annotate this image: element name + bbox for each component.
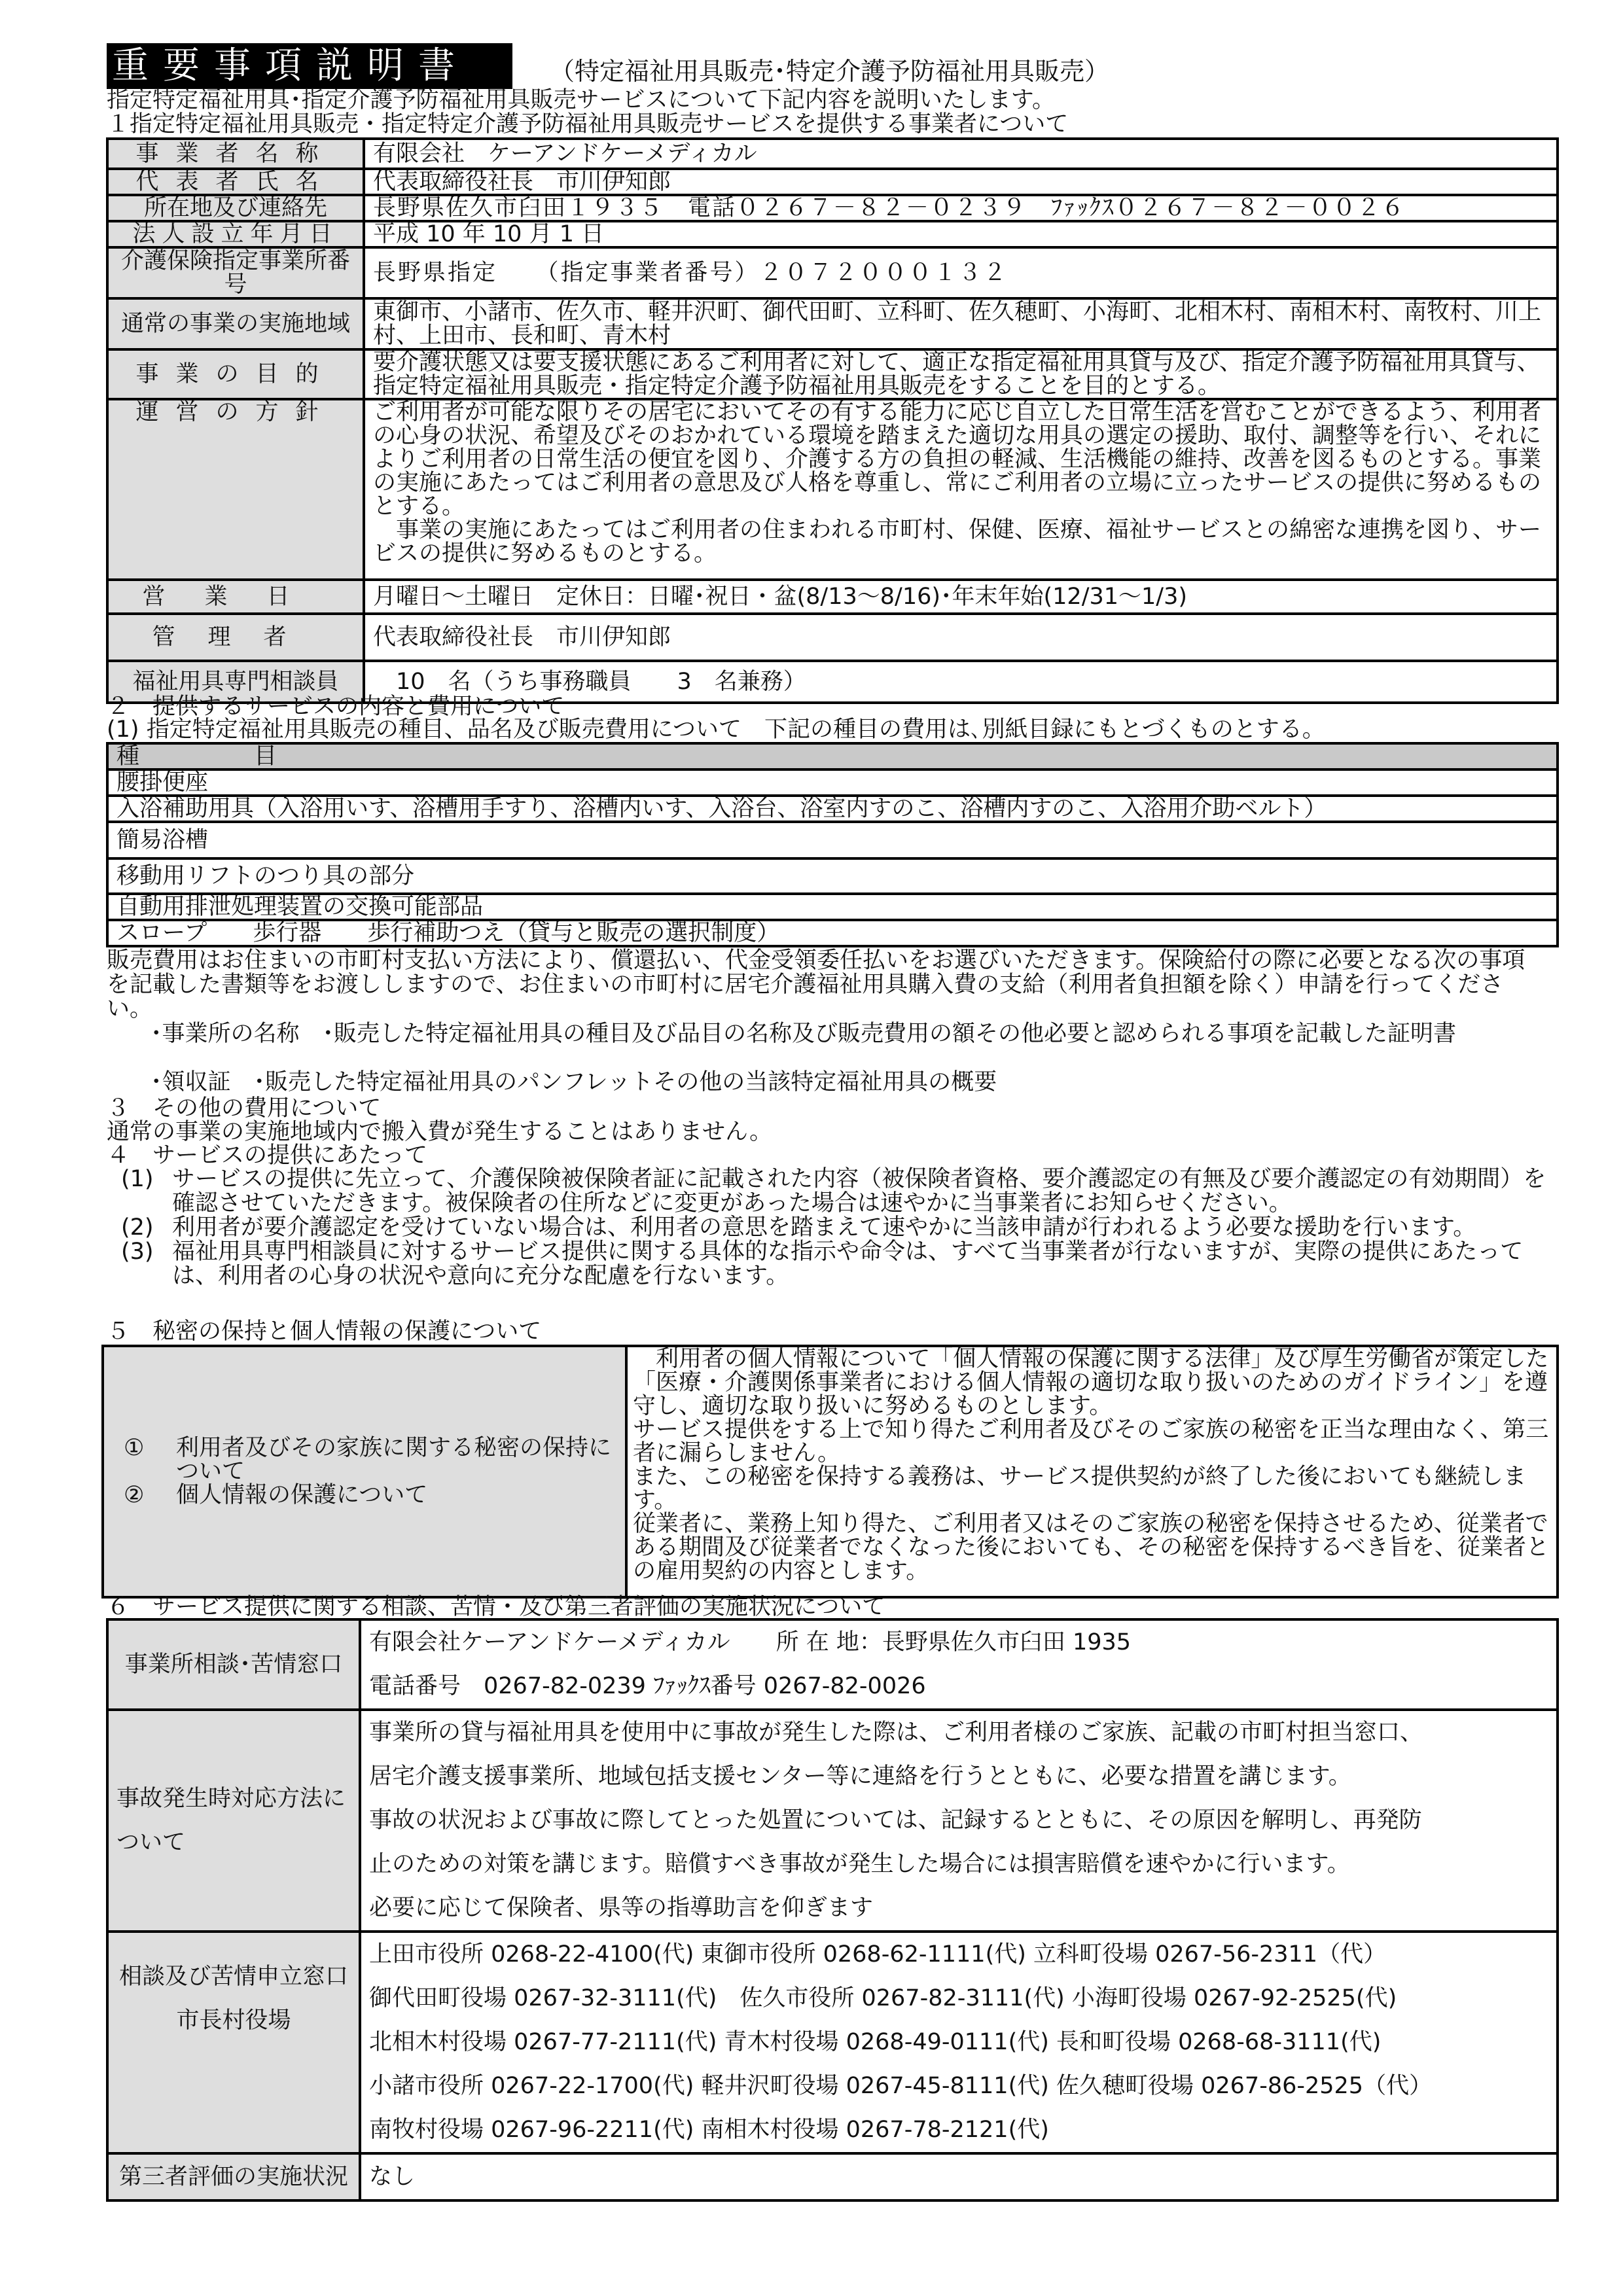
table-row: 所在地及び連絡先 長野県佐久市臼田１９３５ 電話０２６７－８２－０２３９ ﾌｧｯ… xyxy=(107,195,1558,221)
status-text: なし xyxy=(369,2155,1548,2199)
table-row: 介護保険指定事業所番号 長野県指定 （指定事業者番号）２０７２０００１３２ xyxy=(107,247,1558,298)
accident-label: 事故発生時対応方法について xyxy=(116,1786,346,1856)
operating-policy-para1: ご利用者が可能な限りその居宅においてその有する能力に応じ自立した日常生活を営むこ… xyxy=(373,400,1548,518)
row-label: 事業の目的 xyxy=(107,349,364,399)
table-row: 事故発生時対応方法について 事業所の貸与福祉用具を使用中に事故が発生した際は、ご… xyxy=(107,1710,1558,1932)
table-row: 事業の目的 要介護状態又は要支援状態にあるご利用者に対して、適正な指定福祉用具貸… xyxy=(107,349,1558,399)
operating-policy-para2: 事業の実施にあたってはご利用者の住まわれる市町村、保健、医療、福祉サービスとの綿… xyxy=(373,518,1548,565)
list-item: ② 個人情報の保護について xyxy=(124,1483,617,1507)
row-label: 事故発生時対応方法について xyxy=(107,1710,360,1932)
section4-heading: ４ サービスの提供にあたって xyxy=(107,1144,427,1168)
row-label: 管理者 xyxy=(107,614,364,661)
list-item: (3) 福祉用具専門相談員に対するサービス提供に関する具体的な指示や命令は、すべ… xyxy=(107,1240,1546,1288)
table-row: 相談及び苦情申立窓口 市長村役場 上田市役所 0268-22-4100(代) 東… xyxy=(107,1932,1558,2153)
phone-line: 南牧村役場 0267-96-2211(代) 南相木村役場 0267-78-212… xyxy=(369,2108,1548,2152)
product-category-table: 種 目 腰掛便座 入浴補助用具（入浴用いす、浴槽用手すり、浴槽内いす、入浴台、浴… xyxy=(106,742,1559,947)
address-contact: 長野県佐久市臼田１９３５ 電話０２６７－８２－０２３９ ﾌｧｯｸｽ０２６７－８２… xyxy=(364,195,1558,221)
row-label: 運営の方針 xyxy=(107,399,364,580)
text-line: 止のための対策を講じます。賠償すべき事故が発生した場合には損害賠償を速やかに行い… xyxy=(369,1843,1548,1886)
provider-number: 長野県指定 （指定事業者番号）２０７２０００１３２ xyxy=(364,247,1558,298)
municipal-contacts: 上田市役所 0268-22-4100(代) 東御市役所 0268-62-1111… xyxy=(360,1932,1558,2153)
item-number: ① xyxy=(124,1436,176,1483)
text-line: 事業所の貸与福祉用具を使用中に事故が発生した際は、ご利用者様のご家族、記載の市町… xyxy=(369,1711,1548,1755)
privacy-topics: ① 利用者及びその家族に関する秘密の保持について ② 個人情報の保護について xyxy=(103,1346,626,1597)
item-cell: スロープ 歩行器 歩行補助つえ（貸与と販売の選択制度） xyxy=(107,920,1558,946)
section3-heading: ３ その他の費用について xyxy=(107,1097,381,1121)
row-label: 法人設立年月日 xyxy=(107,221,364,247)
row-label: 営業日 xyxy=(107,580,364,614)
service-provision-list: (1) サービスの提供に先立って、介護保険被保険者証に記載された内容（被保険者資… xyxy=(107,1167,1546,1288)
item-number: (3) xyxy=(107,1240,172,1288)
row-label: 代表者氏名 xyxy=(107,169,364,195)
phone-line: 小諸市役所 0267-22-1700(代) 軽井沢町役場 0267-45-811… xyxy=(369,2064,1548,2108)
accident-response: 事業所の貸与福祉用具を使用中に事故が発生した際は、ご利用者様のご家族、記載の市町… xyxy=(360,1710,1558,1932)
required-docs-bullet-1: ･事業所の名称 ･販売した特定福祉用具の種目及び品目の名称及び販売費用の額その他… xyxy=(151,1022,1550,1046)
section3-text: 通常の事業の実施地域内で搬入費が発生することはありません。 xyxy=(107,1120,772,1144)
item-cell: 腰掛便座 xyxy=(107,769,1558,796)
row-label: 所在地及び連絡先 xyxy=(107,195,364,221)
table-row: 法人設立年月日 平成 10 年 10 月 1 日 xyxy=(107,221,1558,247)
item-text: 個人情報の保護について xyxy=(176,1483,427,1507)
item-cell: 自動用排泄処理装置の交換可能部品 xyxy=(107,894,1558,920)
business-days: 月曜日～土曜日 定休日：日曜･祝日・盆(8/13～8/16)･年末年始(12/3… xyxy=(364,580,1558,614)
complaint-window-label: 相談及び苦情申立窓口 xyxy=(116,1955,351,1999)
table-row: 移動用リフトのつり具の部分 xyxy=(107,858,1558,894)
provider-info-table: 事業者名称 有限会社 ケーアンドケーメディカル 代表者氏名 代表取締役社長 市川… xyxy=(106,137,1559,704)
row-label: 事業者名称 xyxy=(107,139,364,169)
table-row: 代表者氏名 代表取締役社長 市川伊知郎 xyxy=(107,169,1558,195)
section5-heading: ５ 秘密の保持と個人情報の保護について xyxy=(107,1320,541,1344)
established-date: 平成 10 年 10 月 1 日 xyxy=(364,221,1558,247)
table-row: スロープ 歩行器 歩行補助つえ（貸与と販売の選択制度） xyxy=(107,920,1558,946)
privacy-para: 従業者に、業務上知り得た、ご利用者又はそのご家族の秘密を保持させるため、従業者で… xyxy=(633,1512,1551,1583)
item-text: 利用者及びその家族に関する秘密の保持について xyxy=(176,1436,617,1483)
column-header-category: 種 目 xyxy=(107,743,1558,769)
business-purpose: 要介護状態又は要支援状態にあるご利用者に対して、適正な指定福祉用具貸与及び、指定… xyxy=(364,349,1558,399)
text-line: 事故の状況および事故に際してとった処置については、記録するとともに、その原因を解… xyxy=(369,1799,1548,1843)
table-row: 営業日 月曜日～土曜日 定休日：日曜･祝日・盆(8/13～8/16)･年末年始(… xyxy=(107,580,1558,614)
intro-text: 指定特定福祉用具･指定介護予防福祉用具販売サービスについて下記内容を説明いたしま… xyxy=(107,88,1055,113)
consultation-table: 事業所相談･苦情窓口 有限会社ケーアンドケーメディカル 所 在 地：長野県佐久市… xyxy=(106,1618,1559,2202)
service-area: 東御市、小諸市、佐久市、軽井沢町、御代田町、立科町、佐久穂町、小海町、北相木村、… xyxy=(364,298,1558,349)
table-row: 管理者 代表取締役社長 市川伊知郎 xyxy=(107,614,1558,661)
item-number: ② xyxy=(124,1483,176,1507)
item-cell: 入浴補助用具（入浴用いす、浴槽用手すり、浴槽内いす、入浴台、浴室内すのこ、浴槽内… xyxy=(107,796,1558,822)
required-docs-bullet-2: ･領収証 ･販売した特定福祉用具のパンフレットその他の当該特定福祉用具の概要 xyxy=(151,1070,1538,1095)
privacy-details: 利用者の個人情報について「個人情報の保護に関する法律」及び厚生労働省が策定した「… xyxy=(626,1346,1558,1597)
section6-heading: ６ サービス提供に関する相談、苦情・及び第三者評価の実施状況について xyxy=(107,1595,885,1619)
section2-subheading: (1) 指定特定福祉用具販売の種目、品名及び販売費用について 下記の種目の費用は… xyxy=(107,718,1325,742)
row-label: 介護保険指定事業所番号 xyxy=(107,247,364,298)
company-name: 有限会社 ケーアンドケーメディカル xyxy=(364,139,1558,169)
document-title: 重要事項説明書 xyxy=(107,43,512,89)
table-row: 通常の事業の実施地域 東御市、小諸市、佐久市、軽井沢町、御代田町、立科町、佐久穂… xyxy=(107,298,1558,349)
item-text: 福祉用具専門相談員に対するサービス提供に関する具体的な指示や命令は、すべて当事業… xyxy=(172,1240,1546,1288)
item-text: サービスの提供に先立って、介護保険被保険者証に記載された内容（被保険者資格、要介… xyxy=(172,1167,1546,1216)
table-row: 腰掛便座 xyxy=(107,769,1558,796)
list-item: ① 利用者及びその家族に関する秘密の保持について xyxy=(124,1436,617,1483)
item-text: 利用者が要介護認定を受けていない場合は、利用者の意思を踏まえて速やかに当該申請が… xyxy=(172,1216,1476,1240)
item-cell: 簡易浴槽 xyxy=(107,822,1558,858)
document-subtitle: （特定福祉用具販売･特定介護予防福祉用具販売） xyxy=(550,51,1109,87)
list-item: (2) 利用者が要介護認定を受けていない場合は、利用者の意思を踏まえて速やかに当… xyxy=(107,1216,1546,1240)
text-line: 必要に応じて保険者、県等の指導助言を仰ぎます xyxy=(369,1886,1548,1930)
table-row: 自動用排泄処理装置の交換可能部品 xyxy=(107,894,1558,920)
municipal-office-label: 市長村役場 xyxy=(116,1999,351,2043)
operating-policy: ご利用者が可能な限りその居宅においてその有する能力に応じ自立した日常生活を営むこ… xyxy=(364,399,1558,580)
office-contact: 有限会社ケーアンドケーメディカル 所 在 地：長野県佐久市臼田 1935 電話番… xyxy=(360,1619,1558,1710)
row-label: 通常の事業の実施地域 xyxy=(107,298,364,349)
third-party-eval-status: なし xyxy=(360,2153,1558,2200)
table-row: ① 利用者及びその家族に関する秘密の保持について ② 個人情報の保護について 利… xyxy=(103,1346,1558,1597)
item-number: (1) xyxy=(107,1167,172,1216)
table-row: 第三者評価の実施状況 なし xyxy=(107,2153,1558,2200)
privacy-para: また、この秘密を保持する義務は、サービス提供契約が終了した後においても継続します… xyxy=(633,1465,1551,1512)
privacy-table: ① 利用者及びその家族に関する秘密の保持について ② 個人情報の保護について 利… xyxy=(101,1345,1559,1598)
table-row: 事業所相談･苦情窓口 有限会社ケーアンドケーメディカル 所 在 地：長野県佐久市… xyxy=(107,1619,1558,1710)
text-line: 居宅介護支援事業所、地域包括支援センター等に連絡を行うとともに、必要な措置を講じ… xyxy=(369,1755,1548,1799)
section1-heading: １指定特定福祉用具販売・指定特定介護予防福祉用具販売サービスを提供する事業者につ… xyxy=(107,113,1068,137)
row-label: 相談及び苦情申立窓口 市長村役場 xyxy=(107,1932,360,2153)
section2-heading: ２ 提供するサービスの内容と費用について xyxy=(107,695,564,719)
privacy-para: サービス提供をする上で知り得たご利用者及びそのご家族の秘密を正当な理由なく、第三… xyxy=(633,1418,1551,1465)
representative-name: 代表取締役社長 市川伊知郎 xyxy=(364,169,1558,195)
table-row: 簡易浴槽 xyxy=(107,822,1558,858)
row-label: 第三者評価の実施状況 xyxy=(107,2153,360,2200)
table-header-row: 種 目 xyxy=(107,743,1558,769)
table-row: 事業者名称 有限会社 ケーアンドケーメディカル xyxy=(107,139,1558,169)
item-cell: 移動用リフトのつり具の部分 xyxy=(107,858,1558,894)
contact-line: 電話番号 0267-82-0239 ﾌｧｯｸｽ番号 0267-82-0026 xyxy=(369,1665,1548,1708)
phone-line: 御代田町役場 0267-32-3111(代) 佐久市役所 0267-82-311… xyxy=(369,1977,1548,2021)
manager-name: 代表取締役社長 市川伊知郎 xyxy=(364,614,1558,661)
list-item: (1) サービスの提供に先立って、介護保険被保険者証に記載された内容（被保険者資… xyxy=(107,1167,1546,1216)
contact-line: 有限会社ケーアンドケーメディカル 所 在 地：長野県佐久市臼田 1935 xyxy=(369,1621,1548,1665)
table-row: 運営の方針 ご利用者が可能な限りその居宅においてその有する能力に応じ自立した日常… xyxy=(107,399,1558,580)
table-row: 入浴補助用具（入浴用いす、浴槽用手すり、浴槽内いす、入浴台、浴室内すのこ、浴槽内… xyxy=(107,796,1558,822)
row-label: 事業所相談･苦情窓口 xyxy=(107,1619,360,1710)
item-number: (2) xyxy=(107,1216,172,1240)
phone-line: 上田市役所 0268-22-4100(代) 東御市役所 0268-62-1111… xyxy=(369,1933,1548,1977)
privacy-para: 利用者の個人情報について「個人情報の保護に関する法律」及び厚生労働省が策定した「… xyxy=(633,1347,1551,1418)
phone-line: 北相木村役場 0267-77-2111(代) 青木村役場 0268-49-011… xyxy=(369,2021,1548,2064)
payment-note: 販売費用はお住まいの市町村支払い方法により、償還払い、代金受領委任払いをお選びい… xyxy=(107,949,1546,1021)
